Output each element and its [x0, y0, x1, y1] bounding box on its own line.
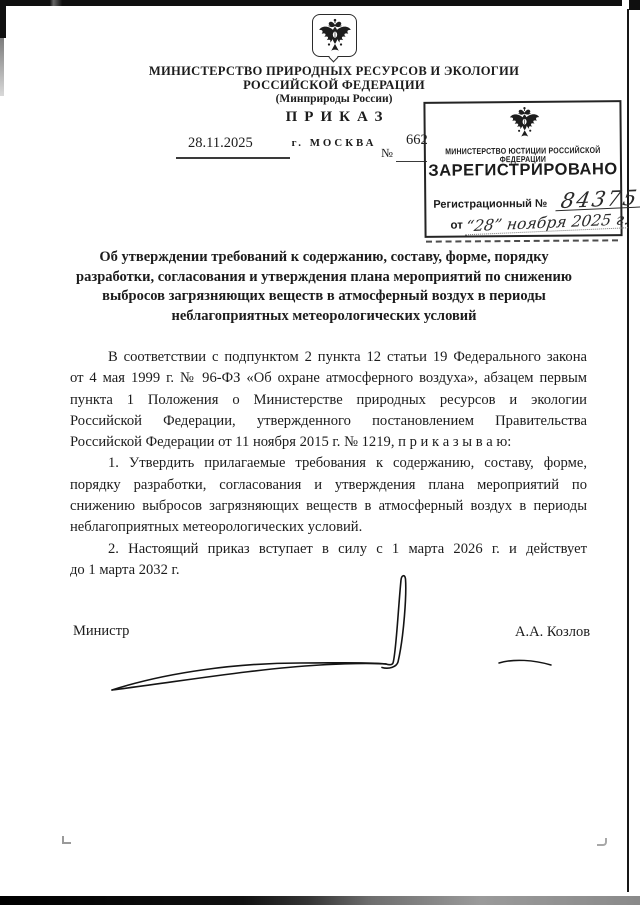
title-line: выбросов загрязняющих веществ в атмосфер… — [56, 287, 592, 307]
crop-mark-bottom-left — [62, 836, 71, 844]
justice-ministry-eagle-icon — [506, 105, 542, 139]
registration-stamp: МИНИСТЕРСТВО ЮСТИЦИИ РОССИЙСКОЙ ФЕДЕРАЦИ… — [423, 100, 622, 238]
crop-mark-bottom-right — [597, 838, 607, 846]
body-line: 1. Утвердить прилагаемые требования к со… — [70, 453, 587, 474]
scan-edge-left — [0, 0, 6, 38]
number-sign: № — [381, 146, 393, 161]
ministry-name-line2: РОССИЙСКОЙ ФЕДЕРАЦИИ — [90, 78, 578, 93]
body-line: Российской Федерации, утвержденного пост… — [70, 411, 587, 432]
stamp-reg-label: Регистрационный № — [433, 198, 547, 211]
scanned-order-document: МИНИСТЕРСТВО ПРИРОДНЫХ РЕСУРСОВ И ЭКОЛОГ… — [0, 0, 640, 905]
document-body: В соответствии с подпунктом 2 пункта 12 … — [70, 347, 587, 581]
body-line: порядку разработки, согласования и утвер… — [70, 475, 587, 496]
title-line: неблагоприятных метеорологических услови… — [56, 307, 592, 327]
scan-edge-left-fade — [0, 38, 4, 96]
signature-flourish-dash — [496, 657, 554, 669]
body-line: 2. Настоящий приказ вступает в силу с 1 … — [70, 539, 587, 560]
body-line: от 4 мая 1999 г. № 96-ФЗ «Об охране атмо… — [70, 368, 587, 389]
signer-name: А.А. Козлов — [515, 624, 590, 641]
double-eagle-icon — [316, 16, 354, 54]
title-line: разработки, согласования и утверждения п… — [56, 268, 592, 288]
body-line: пункта 1 Положения о Министерстве природ… — [70, 390, 587, 411]
stamp-date-row: от“28” ноября 2025 г. — [450, 214, 629, 234]
document-title: Об утверждении требований к содержанию, … — [56, 248, 592, 326]
scan-edge-right — [627, 9, 629, 892]
scan-edge-top — [0, 0, 622, 6]
body-line: В соответствии с подпунктом 2 пункта 12 … — [70, 347, 587, 368]
stamp-date-value: “28” ноября 2025 г. — [465, 212, 630, 235]
ministry-name-line1: МИНИСТЕРСТВО ПРИРОДНЫХ РЕСУРСОВ И ЭКОЛОГ… — [90, 64, 578, 79]
stamp-scan-dashes — [426, 239, 618, 242]
stamp-registered: ЗАРЕГИСТРИРОВАНО — [426, 160, 620, 181]
title-line: Об утверждении требований к содержанию, … — [56, 248, 592, 268]
body-line: Российской Федерации от 11 ноября 2015 г… — [70, 432, 587, 453]
handwritten-signature — [88, 566, 418, 701]
body-line: неблагоприятных метеорологических услови… — [70, 517, 587, 538]
coat-of-arms-emblem — [312, 14, 357, 57]
stamp-reg-number: 84375 — [555, 188, 640, 211]
date-underline — [176, 157, 290, 159]
body-line: снижению выбросов загрязняющих веществ в… — [70, 496, 587, 517]
stamp-date-label: от — [450, 220, 462, 232]
stamp-registration-row: Регистрационный №84375 — [433, 190, 621, 213]
scan-mark-top-right — [629, 0, 640, 10]
scan-edge-bottom — [0, 896, 640, 905]
number-underline — [396, 161, 427, 162]
